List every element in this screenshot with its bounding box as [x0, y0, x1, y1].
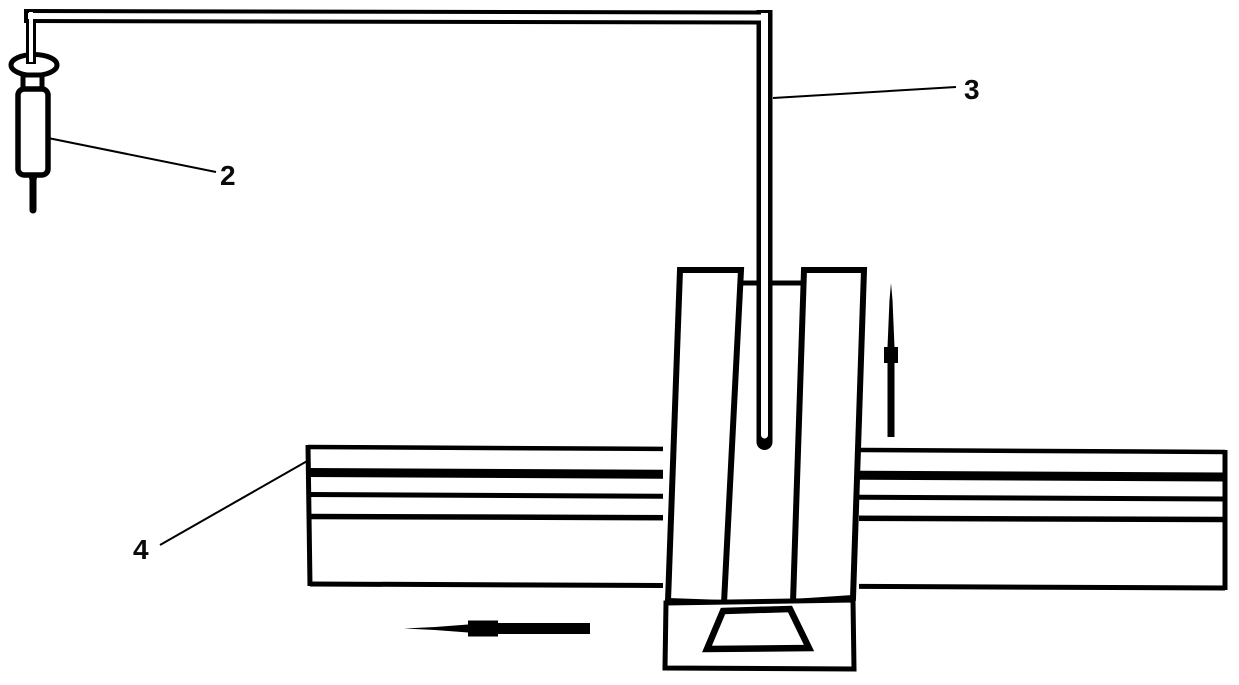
leader-line-2: [48, 138, 216, 172]
callout-label-2: 2: [220, 160, 236, 191]
callout-label-4: 4: [133, 534, 149, 565]
diagram-drawing: 2 3 4: [0, 0, 1239, 685]
funnel-outlet: [707, 609, 809, 649]
patent-figure-canvas: 2 3 4: [0, 0, 1239, 685]
leader-line-3: [773, 87, 956, 98]
feed-tube: [24, 10, 773, 450]
syringe: [11, 55, 57, 211]
tube-horizontal-bore: [28, 16, 765, 18]
up-arrow-icon: [884, 283, 898, 437]
left-arrow-icon: [404, 621, 590, 637]
tube-tip-bore: [761, 432, 768, 439]
syringe-barrel: [18, 89, 48, 175]
leader-line-4: [160, 460, 309, 545]
callout-label-3: 3: [964, 74, 980, 105]
rail-left-end-cap: [308, 445, 310, 586]
mold-right-column: [793, 270, 864, 602]
